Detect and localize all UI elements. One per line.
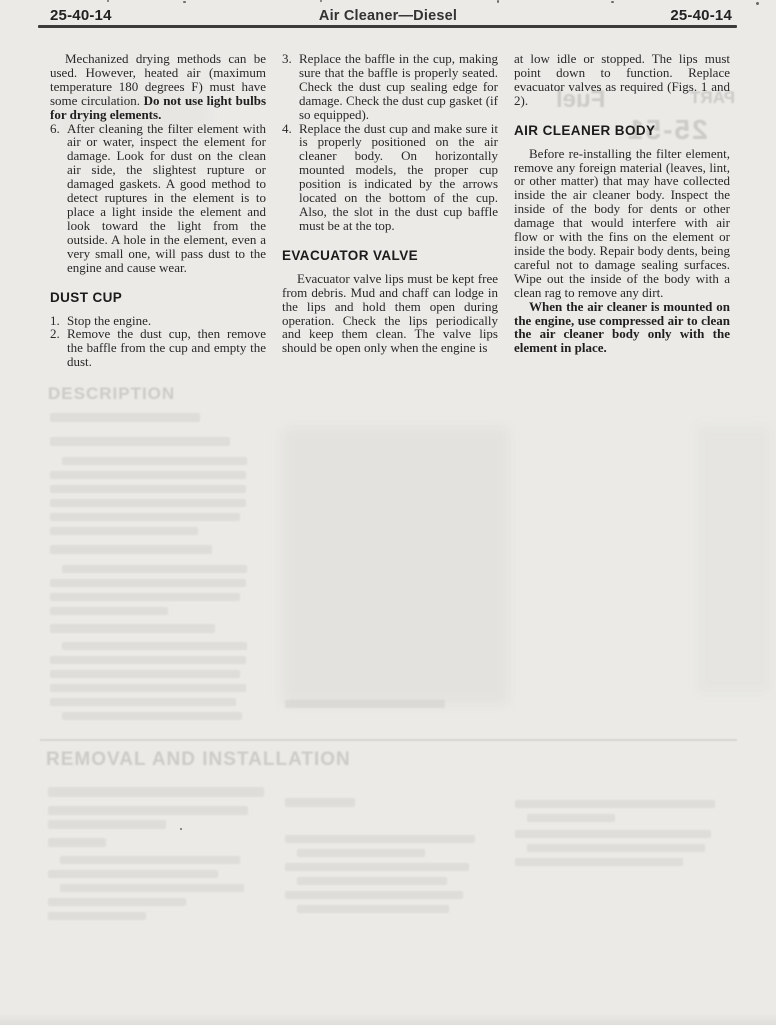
bleedthrough-text-line bbox=[48, 898, 186, 906]
section-heading: DUST CUP bbox=[50, 290, 266, 305]
scan-speck bbox=[183, 1, 186, 3]
bleedthrough-text-line bbox=[62, 457, 247, 465]
bleedthrough-text-line bbox=[50, 513, 240, 521]
bleedthrough-text-line bbox=[50, 579, 246, 587]
manual-page: 25-40-14 Air Cleaner—Diesel 25-40-14 Fue… bbox=[0, 0, 776, 1025]
scan-speck bbox=[180, 828, 182, 830]
bleedthrough-heading: REMOVAL AND INSTALLATION bbox=[46, 749, 351, 771]
list-text: Stop the engine. bbox=[67, 314, 266, 328]
paragraph: at low idle or stopped. The lips must po… bbox=[514, 52, 730, 108]
list-number: 2. bbox=[50, 327, 67, 369]
list-number: 6. bbox=[50, 122, 67, 275]
bleedthrough-text-line bbox=[50, 413, 200, 422]
bleedthrough-text-line bbox=[285, 798, 355, 807]
list-text: Replace the dust cup and make sure it is… bbox=[299, 122, 498, 233]
list-item: 6. After cleaning the filter element wit… bbox=[50, 122, 266, 275]
text-column-2: 3. Replace the baffle in the cup, making… bbox=[282, 52, 498, 355]
bleedthrough-text-line bbox=[50, 607, 168, 615]
bleedthrough-text-line bbox=[285, 700, 445, 708]
bleedthrough-text-line bbox=[515, 830, 711, 838]
header-rule bbox=[38, 25, 737, 28]
section-heading: EVACUATOR VALVE bbox=[282, 248, 498, 263]
section-heading: AIR CLEANER BODY bbox=[514, 123, 730, 138]
scan-speck bbox=[611, 1, 614, 3]
bleedthrough-text-line bbox=[50, 499, 246, 507]
bleedthrough-text-line bbox=[50, 670, 240, 678]
bleedthrough-text-line bbox=[50, 656, 246, 664]
bleedthrough-text-line bbox=[50, 698, 236, 706]
list-item: 4. Replace the dust cup and make sure it… bbox=[282, 122, 498, 233]
list-item: 1. Stop the engine. bbox=[50, 314, 266, 328]
bleedthrough-text-line bbox=[60, 856, 240, 864]
bleedthrough-text-line bbox=[48, 838, 106, 847]
bleedthrough-text-line bbox=[50, 527, 198, 535]
bleedthrough-text-line bbox=[50, 471, 246, 479]
paragraph-bold: When the air cleaner is mounted on the e… bbox=[514, 300, 730, 356]
bleedthrough-text-line bbox=[48, 806, 248, 815]
list-number: 4. bbox=[282, 122, 299, 233]
bleedthrough-text-line bbox=[285, 835, 475, 843]
paragraph: Mechanized drying methods can be used. H… bbox=[50, 52, 266, 122]
list-item: 3. Replace the baffle in the cup, making… bbox=[282, 52, 498, 122]
bleedthrough-text-line bbox=[285, 891, 463, 899]
bleedthrough-text-line bbox=[527, 814, 615, 822]
text-column-1: Mechanized drying methods can be used. H… bbox=[50, 52, 266, 369]
bleedthrough-text-line bbox=[297, 877, 447, 885]
bleedthrough-text-line bbox=[48, 870, 218, 878]
bleedthrough-heading: DESCRIPTION bbox=[48, 384, 175, 404]
bleedthrough-text-line bbox=[62, 712, 242, 720]
scan-speck bbox=[756, 2, 759, 5]
paragraph: Evacuator valve lips must be kept free f… bbox=[282, 272, 498, 355]
bleedthrough-text-line bbox=[48, 820, 166, 829]
page-number-right: 25-40-14 bbox=[670, 7, 732, 24]
list-text: Replace the baffle in the cup, making su… bbox=[299, 52, 498, 122]
scan-shadow bbox=[0, 1013, 776, 1025]
bleedthrough-text-line bbox=[60, 884, 244, 892]
paragraph: Before re-installing the filter element,… bbox=[514, 147, 730, 300]
text-column-3: at low idle or stopped. The lips must po… bbox=[514, 52, 730, 355]
scan-speck bbox=[320, 0, 322, 2]
bleedthrough-text-line bbox=[48, 912, 146, 920]
list-item: 2. Remove the dust cup, then remove the … bbox=[50, 327, 266, 369]
bleedthrough-rule bbox=[40, 739, 737, 741]
bleedthrough-text-line bbox=[527, 844, 705, 852]
bleedthrough-text-line bbox=[50, 593, 240, 601]
bleedthrough-text-line bbox=[285, 863, 469, 871]
bleedthrough-text-line bbox=[48, 787, 264, 797]
bleedthrough-text-line bbox=[62, 642, 247, 650]
list-number: 1. bbox=[50, 314, 67, 328]
bleedthrough-text-line bbox=[297, 905, 449, 913]
bleedthrough-text-line bbox=[50, 485, 246, 493]
list-text: Remove the dust cup, then remove the baf… bbox=[67, 327, 266, 369]
bleedthrough-text-line bbox=[515, 858, 683, 866]
list-number: 3. bbox=[282, 52, 299, 122]
bleedthrough-text-line bbox=[62, 565, 247, 573]
bleedthrough-text-line bbox=[297, 849, 425, 857]
bleedthrough-text-line bbox=[515, 800, 715, 808]
bleedthrough-text-line bbox=[50, 624, 215, 633]
bleedthrough-text-line bbox=[50, 437, 230, 446]
bleedthrough-text-line bbox=[50, 684, 246, 692]
paragraph-bold-text: When the air cleaner is mounted on the e… bbox=[514, 299, 730, 356]
bleedthrough-figure bbox=[283, 428, 508, 704]
bleedthrough-figure bbox=[697, 425, 771, 693]
list-text: After cleaning the filter element with a… bbox=[67, 122, 266, 275]
bleedthrough-text-line bbox=[50, 545, 212, 554]
scan-speck bbox=[107, 0, 109, 2]
scan-speck bbox=[497, 0, 499, 3]
page-title: Air Cleaner—Diesel bbox=[0, 8, 776, 24]
